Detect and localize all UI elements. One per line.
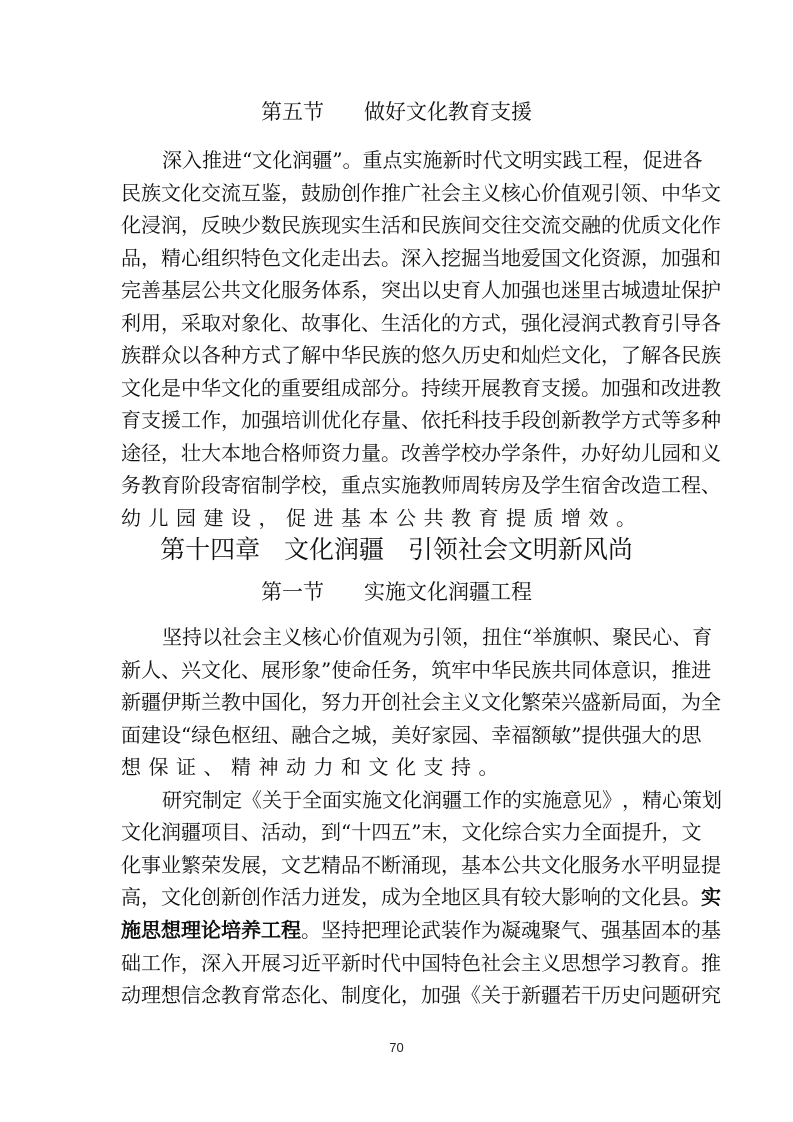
paragraph-line: 动理想信念教育常态化、制度化，加强《关于新疆若干历史问题研究 — [121, 980, 672, 1010]
paragraph-line: 面建设“绿色枢纽、融合之城，美好家园、幸福额敏”提供强大的思 — [121, 720, 672, 750]
section-heading-5: 第五节 做好文化教育支援 — [0, 102, 793, 123]
paragraph-line: 础工作，深入开展习近平新时代中国特色社会主义思想学习教育。推 — [121, 948, 672, 978]
paragraph-line: 深入推进“文化润疆”。重点实施新时代文明实践工程，促进各 — [162, 145, 672, 175]
paragraph-line: 施思想理论培养工程。坚持把理论武装作为凝魂聚气、强基固本的基 — [121, 915, 672, 945]
paragraph-line: 育支援工作，加强培训优化存量、依托科技手段创新教学方式等多种 — [121, 405, 672, 435]
paragraph-line: 利用，采取对象化、故事化、生活化的方式，强化浸润式教育引导各 — [121, 308, 672, 338]
paragraph-line: 民族文化交流互鉴，鼓励创作推广社会主义核心价值观引领、中华文 — [121, 178, 672, 208]
chapter-heading-14: 第十四章 文化润疆 引领社会文明新风尚 — [0, 537, 793, 562]
paragraph-line: 高，文化创新创作活力迸发，成为全地区具有较大影响的文化县。实 — [121, 882, 672, 912]
paragraph-line: 幼儿园建设，促进基本公共教育提质增效。 — [121, 503, 672, 533]
page-number: 70 — [0, 1040, 793, 1055]
paragraph-line: 想保证、精神动力和文化支持。 — [121, 752, 672, 782]
paragraph-line: 化浸润，反映少数民族现实生活和民族间交往交流交融的优质文化作 — [121, 210, 672, 240]
document-page: 第五节 做好文化教育支援 深入推进“文化润疆”。重点实施新时代文明实践工程，促进… — [0, 0, 793, 1122]
paragraph-line: 族群众以各种方式了解中华民族的悠久历史和灿烂文化，了解各民族 — [121, 340, 672, 370]
paragraph-line: 完善基层公共文化服务体系，突出以史育人加强也迷里古城遗址保护 — [121, 275, 672, 305]
paragraph-line: 途径，壮大本地合格师资力量。改善学校办学条件，办好幼儿园和义 — [121, 438, 672, 468]
paragraph-line: 新人、兴文化、展形象”使命任务，筑牢中华民族共同体意识，推进 — [121, 655, 672, 685]
paragraph-line: 务教育阶段寄宿制学校，重点实施教师周转房及学生宿舍改造工程、 — [121, 470, 672, 500]
paragraph-line: 化事业繁荣发展，文艺精品不断涌现，基本公共文化服务水平明显提 — [121, 850, 672, 880]
paragraph-line: 文化是中华文化的重要组成部分。持续开展教育支援。加强和改进教 — [121, 373, 672, 403]
paragraph-line: 品，精心组织特色文化走出去。深入挖掘当地爱国文化资源，加强和 — [121, 243, 672, 273]
paragraph-line: 研究制定《关于全面实施文化润疆工作的实施意见》，精心策划 — [162, 785, 672, 815]
paragraph-line: 坚持以社会主义核心价值观为引领，扭住“举旗帜、聚民心、育 — [162, 622, 672, 652]
paragraph-line: 文化润疆项目、活动，到“十四五”末，文化综合实力全面提升，文 — [121, 817, 672, 847]
paragraph-line: 新疆伊斯兰教中国化，努力开创社会主义文化繁荣兴盛新局面，为全 — [121, 687, 672, 717]
section-heading-1: 第一节 实施文化润疆工程 — [0, 582, 793, 603]
